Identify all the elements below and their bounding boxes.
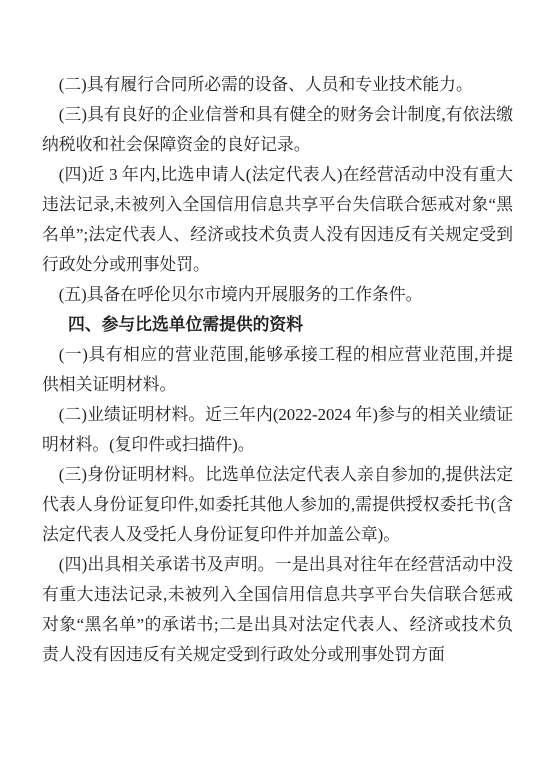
paragraph-materials-3: (三)身份证明材料。比选单位法定代表人亲自参加的,提供法定代表人身份证复印件,如… bbox=[42, 460, 513, 550]
section-heading-4: 四、参与比选单位需提供的资料 bbox=[42, 310, 513, 340]
paragraph-item-4: (四)近 3 年内,比选申请人(法定代表人)在经营活动中没有重大违法记录,未被列… bbox=[42, 160, 513, 280]
paragraph-item-2: (二)具有履行合同所必需的设备、人员和专业技术能力。 bbox=[42, 70, 513, 100]
paragraph-materials-4: (四)出具相关承诺书及声明。一是出具对往年在经营活动中没有重大违法记录,未被列入… bbox=[42, 550, 513, 670]
paragraph-item-3: (三)具有良好的企业信誉和具有健全的财务会计制度,有依法缴纳税收和社会保障资金的… bbox=[42, 100, 513, 160]
paragraph-materials-2: (二)业绩证明材料。近三年内(2022-2024 年)参与的相关业绩证明材料。(… bbox=[42, 400, 513, 460]
paragraph-materials-1: (一)具有相应的营业范围,能够承接工程的相应营业范围,并提供相关证明材料。 bbox=[42, 340, 513, 400]
paragraph-item-5: (五)具备在呼伦贝尔市境内开展服务的工作条件。 bbox=[42, 280, 513, 310]
document-page: (二)具有履行合同所必需的设备、人员和专业技术能力。 (三)具有良好的企业信誉和… bbox=[42, 70, 513, 670]
